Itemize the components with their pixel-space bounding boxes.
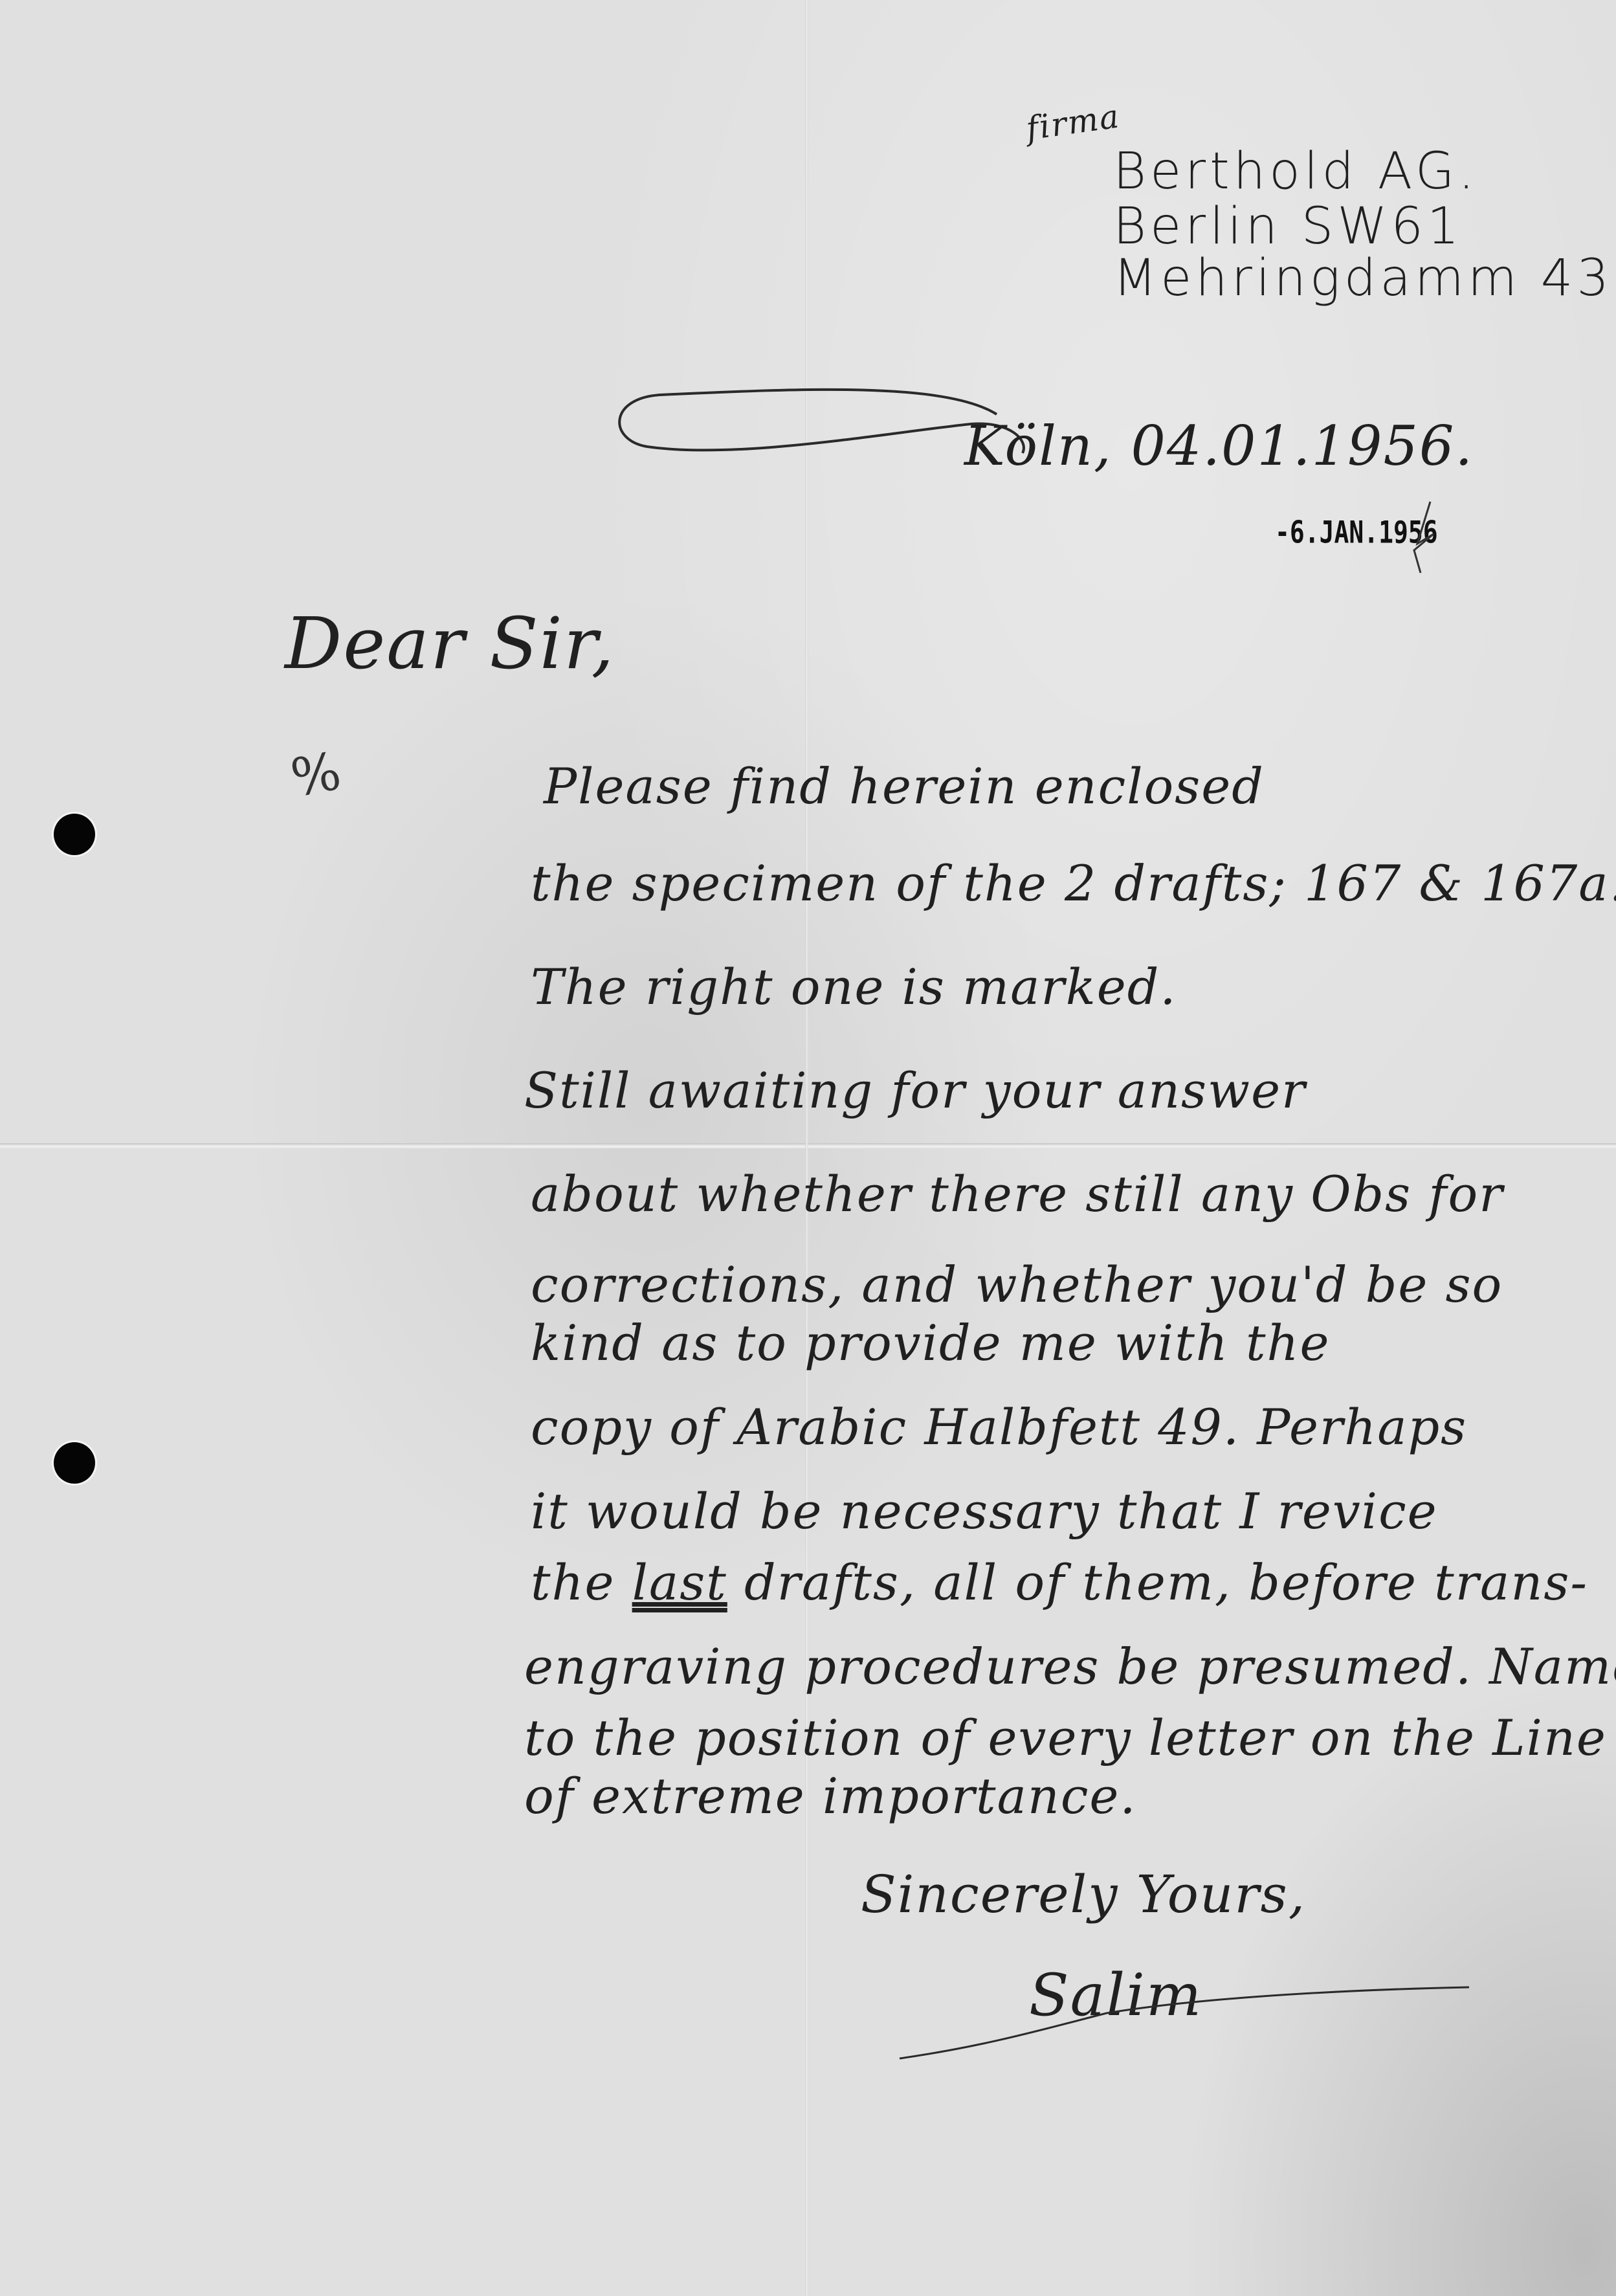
place-date: Köln, 04.01.1956. [964, 414, 1474, 478]
body-line-with-emphasis: the last drafts, all of them, before tra… [531, 1554, 1588, 1611]
body-line: it would be necessary that I revice [531, 1482, 1438, 1540]
closing: Sincerely Yours, [861, 1864, 1306, 1924]
body-line: Please find herein enclosed [544, 757, 1265, 815]
body-line: kind as to provide me with the [531, 1314, 1330, 1372]
recipient-company: Berthold AG. [1113, 142, 1478, 201]
body-line: of extreme importance. [524, 1767, 1137, 1825]
body-line: Still awaiting for your answer [524, 1062, 1306, 1119]
body-line: about whether there still any Obs for [531, 1165, 1504, 1223]
body-text: drafts, all of them, before trans- [727, 1554, 1588, 1611]
punch-hole-icon [54, 1442, 95, 1484]
body-line: The right one is marked. [531, 958, 1177, 1016]
initial-check-mark-icon [1404, 498, 1443, 576]
recipient-city: Berlin SW61 [1113, 197, 1463, 256]
signature-underline-icon [893, 1974, 1476, 2065]
paragraph-mark: % [287, 741, 347, 808]
recipient-prefix: firma [1024, 97, 1122, 148]
body-line: engraving procedures be presumed. Namely [524, 1638, 1616, 1695]
emphasized-word: last [632, 1554, 727, 1611]
body-line: the specimen of the 2 drafts; 167 & 167a… [531, 854, 1616, 912]
scanned-letter-page: firma Berthold AG. Berlin SW61 Mehringda… [0, 0, 1616, 2296]
body-text: the [531, 1554, 632, 1611]
recipient-street: Mehringdamm 43 [1113, 249, 1613, 307]
punch-hole-icon [54, 814, 95, 855]
body-line: corrections, and whether you'd be so [531, 1256, 1503, 1313]
vertical-fold-crease [805, 0, 808, 2296]
body-line: copy of Arabic Halbfett 49. Perhaps [531, 1398, 1467, 1456]
salutation: Dear Sir, [285, 602, 615, 685]
body-line: to the position of every letter on the L… [524, 1709, 1616, 1767]
